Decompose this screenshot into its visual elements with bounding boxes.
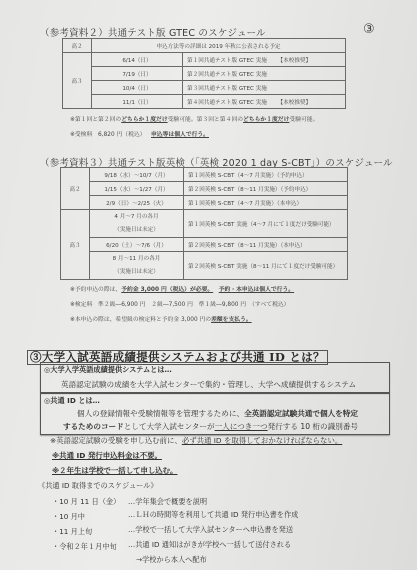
date-cell: 6/14（日） [92,53,183,67]
table-row: 10/4（日） 第３回共通テスト版 GTEC 実施 [63,81,346,95]
recommended-tag: 【本校推奨】 [278,58,312,64]
note-text: ※受検料 6,820 円（税込） [70,132,145,138]
schedule-tail: →学校から本人へ配布 [136,555,207,565]
date-text: 4 月～7 月の各月 [94,211,179,224]
eiken-note-1: ※予約申込の際は、予約金 3,000 円（税込）が必要。 予約・本申込は個人で行… [70,284,294,293]
schedule-item-what: …学校で一括して大学入試センターへ申込書を発送 [128,525,293,535]
id-schedule-title: 《共通 ID 取得までのスケジュール》 [38,481,158,491]
note-emphasis: 予約・本申込は個人で行う。 [219,287,294,293]
desc-cell: 第１回共通テスト版 GTEC 実施 【本校推奨】 [183,53,346,67]
gtec-note-1: ※第１回と第２回のどちらか１度だけ受験可能。第３回と第４回のどちらか１度だけ受験… [70,114,318,123]
date-cell: 7/19（日） [92,67,183,81]
date-cell: 11/1（日） [92,95,183,109]
gtec-schedule-table: 高２ 申込方法等の詳細は 2019 年秋に公表される予定 高３ 6/14（日） … [62,38,346,109]
common-id-note-2: ※共通 ID 発行申込料金は不要。 [52,450,162,461]
body-emphasis: 一人につき一つ [215,422,268,431]
date-cell: 8 月～11 月の各月（実施日は未定） [90,252,184,280]
body-emphasis: するためのコード [63,422,124,431]
desc-cell: 第４回共通テスト版 GTEC 実施 【本校推奨】 [183,95,346,109]
table-row: 7/19（日） 第２回共通テスト版 GTEC 実施 [63,67,346,81]
date-cell: 2/9（日）～2/25（火） [90,196,184,210]
schedule-item-when: ・令和２年１月中旬 [52,542,117,552]
desc-cell: 第１回英検 S-CBT 実施（4～7 月にて１度だけ受験可能） [184,210,348,238]
desc-text: 第４回共通テスト版 GTEC 実施 [187,100,267,106]
ref2-title: （参考資料２）共通テスト版 GTEC のスケジュール [40,25,266,39]
desc-cell: 第２回英検 S-CBT 実施（8～11 月にて１度だけ受験可能） [184,252,348,280]
date-cell: 4 月～7 月の各月（実施日は未定） [90,210,184,238]
note-emphasis: どちらか１度だけ [121,117,167,123]
desc-cell: 第１回英検 S-CBT（4～7 月実施）（予約申込） [184,168,348,182]
note-text: 受験可能。 [289,117,318,123]
table-row: 高３ 4 月～7 月の各月（実施日は未定） 第１回英検 S-CBT 実施（4～7… [61,210,348,238]
recommended-tag: 【本校推奨】 [278,100,312,106]
common-id-definition-box: ◎共通 ID とは… 個人の登録情報や受験情報等を管理するために、全英語認定試験… [40,393,390,435]
desc-text: 第１回共通テスト版 GTEC 実施 [187,58,267,64]
info-cell: 申込方法等の詳細は 2019 年秋に公表される予定 [92,39,346,53]
date-cell: 9/18（水）～10/7（月） [90,168,184,182]
grade-cell: 高３ [61,210,90,280]
table-row: 高３ 6/14（日） 第１回共通テスト版 GTEC 実施 【本校推奨】 [63,53,346,67]
desc-cell: 第２回共通テスト版 GTEC 実施 [183,67,346,81]
eiken-schedule-table: 高２ 9/18（水）～10/7（月） 第１回英検 S-CBT（4～7 月実施）（… [60,167,348,280]
table-row: 6/20（土）～7/6（月） 第２回英検 S-CBT（8～11 月実施）（本申込… [61,238,348,252]
table-row: 1/15（水）～1/27（月） 第２回英検 S-CBT（8～11 月実施）（予約… [61,182,348,196]
common-id-note-1: ※英語認定試験の受験を申し込む前に、必ず共通 ID を取得しておかなければならな… [50,435,342,446]
date-cell: 10/4（日） [92,81,183,95]
schedule-item-when: ・10 月 11 日（金） [52,497,120,507]
schedule-item-what: …ＬＨの時間等を利用して共通 ID 発行申込書を作成 [128,510,298,520]
grade-cell: 高３ [63,53,92,109]
gtec-note-2: ※受検料 6,820 円（税込） 申込等は個人で行う。 [70,129,209,138]
date-subtext: （実施日は未定） [94,224,179,237]
table-row: 8 月～11 月の各月（実施日は未定） 第２回英検 S-CBT 実施（8～11 … [61,252,348,280]
body-emphasis: 全英語認定試験共通で個人を特定 [244,409,358,418]
box-body-line-2: するためのコードとして大学入試センターが一人につき一つ発行する 10 桁の識別番… [63,421,358,432]
desc-cell: 第２回英検 S-CBT（8～11 月実施）（予約申込） [184,182,348,196]
desc-cell: 第３回共通テスト版 GTEC 実施 [183,81,346,95]
body-text: 個人の登録情報や受験情報等を管理するために、 [77,409,244,418]
system-definition-box: ◎大学入学英語成績提供システムとは… 英語認定試験の成績を大学入試センターで集約… [40,362,390,393]
grade-cell: 高２ [61,168,90,210]
note-text: ※英語認定試験の受験を申し込む前に、 [50,436,182,445]
date-cell: 6/20（土）～7/6（月） [90,238,184,252]
note-emphasis: 必ず共通 ID を取得しておかなければならない。 [182,436,342,445]
table-row: 11/1（日） 第４回共通テスト版 GTEC 実施 【本校推奨】 [63,95,346,109]
desc-cell: 第２回英検 S-CBT（8～11 月実施）（本申込） [184,238,348,252]
date-cell: 1/15（水）～1/27（月） [90,182,184,196]
table-row: 高２ 申込方法等の詳細は 2019 年秋に公表される予定 [63,39,346,53]
box-heading: ◎大学入学英語成績提供システムとは… [44,365,172,375]
table-row: 高２ 9/18（水）～10/7（月） 第１回英検 S-CBT（4～7 月実施）（… [61,168,348,182]
common-id-note-3: ※２年生は学校で一括して申し込む。 [52,465,177,476]
box-heading: ◎共通 ID とは… [44,396,100,406]
body-text: 発行する 10 桁の識別番号 [268,422,358,431]
schedule-item-what: …学年集会で概要を説明 [128,497,207,507]
date-subtext: （実施日は未定） [94,266,179,279]
note-text: ※本申込の際は、希望級の検定料と予約金 3,000 円の [70,317,211,323]
note-emphasis: 申込等は個人で行う。 [151,132,209,138]
note-text: ※第１回と第２回の [70,117,121,123]
note-emphasis: 予約金 3,000 円（税込）が必要。 [121,287,213,293]
box-body-line-1: 個人の登録情報や受験情報等を管理するために、全英語認定試験共通で個人を特定 [77,408,358,419]
note-emphasis: 差額を支払う。 [211,317,252,323]
table-row: 2/9（日）～2/25（火） 第１回英検 S-CBT（4～7 月実施）（本申込） [61,196,348,210]
eiken-fee-note: ※検定料 準２級―6,900 円 ２級―7,500 円 準１級―9,800 円 … [70,299,289,308]
box-body: 英語認定試験の成績を大学入試センターで集約・管理し、大学へ成績提供するシステム [61,379,356,390]
note-emphasis: どちらか１度だけ [243,117,289,123]
schedule-item-when: ・10 月中 [52,512,85,522]
date-text: 8 月～11 月の各月 [94,253,179,266]
grade-cell: 高２ [63,39,92,53]
schedule-item-what: …共通 ID 通知はがきが学校へ一括して送付される [128,540,291,550]
schedule-item-when: ・11 月上旬 [52,527,92,537]
page-number-marker: ③ [363,22,375,37]
body-text: として大学入試センターが [124,422,215,431]
note-text: ※予約申込の際は、 [70,287,121,293]
desc-cell: 第１回英検 S-CBT（4～7 月実施）（本申込） [184,196,348,210]
note-text: 受験可能。第３回と第４回の [168,117,243,123]
eiken-note-3: ※本申込の際は、希望級の検定料と予約金 3,000 円の差額を支払う。 [70,314,252,323]
